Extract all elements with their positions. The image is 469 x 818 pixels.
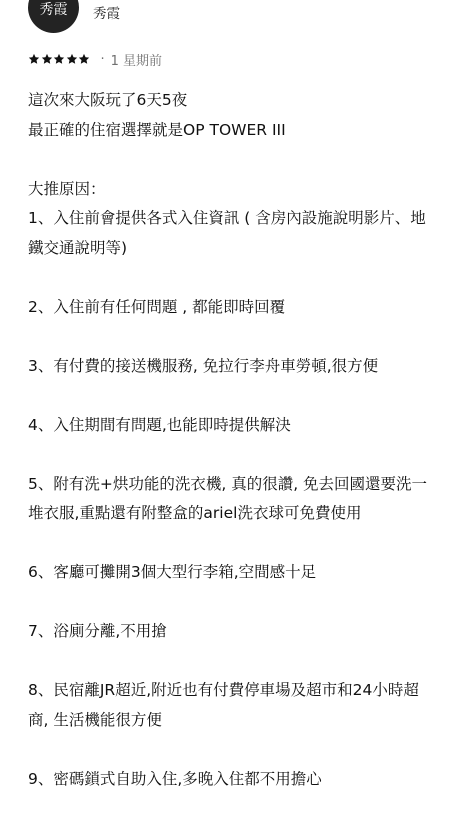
review-line [28, 440, 448, 470]
review-line: 6、客廳可攤開3個大型行李箱,空間感十足 [28, 558, 448, 588]
avatar[interactable]: 秀霞 [28, 0, 79, 33]
star-rating [28, 53, 91, 65]
review-line [28, 145, 448, 175]
star-filled-icon [66, 53, 78, 65]
star-filled-icon [53, 53, 65, 65]
review-line: 商, 生活機能很方便 [28, 706, 448, 736]
review-line: 最正確的住宿選擇就是OP TOWER III [28, 116, 448, 146]
review-line: 2、入住前有任何問題 , 都能即時回覆 [28, 293, 448, 323]
review-line [28, 381, 448, 411]
avatar-text: 秀霞 [40, 0, 68, 19]
review-line [28, 735, 448, 765]
review-text: 這次來大阪玩了6天5夜 最正確的住宿選擇就是OP TOWER III 大推原因：… [28, 86, 448, 794]
review-line: 9、密碼鎖式自助入住,多晚入住都不用擔心 [28, 765, 448, 795]
review-line [28, 263, 448, 293]
review-line [28, 322, 448, 352]
rating-row: · 1 星期前 [28, 50, 162, 68]
review-line: 大推原因： [28, 175, 448, 205]
star-filled-icon [41, 53, 53, 65]
review-line: 7、浴廁分離,不用搶 [28, 617, 448, 647]
star-filled-icon [78, 53, 90, 65]
separator-dot: · [101, 52, 105, 67]
review-line: 4、入住期間有問題,也能即時提供解決 [28, 411, 448, 441]
review-line [28, 529, 448, 559]
review-line: 1、入住前會提供各式入住資訊 ( 含房內設施說明影片、地 [28, 204, 448, 234]
review-line: 5、附有洗+烘功能的洗衣機, 真的很讚, 免去回國還要洗一 [28, 470, 448, 500]
review-line: 8、民宿離JR超近,附近也有付費停車場及超市和24小時超 [28, 676, 448, 706]
review-header: 秀霞 秀霞 [0, 0, 469, 40]
review-line: 鐵交通說明等) [28, 234, 448, 264]
review-line: 這次來大阪玩了6天5夜 [28, 86, 448, 116]
review-timestamp: 1 星期前 [111, 50, 162, 69]
star-filled-icon [28, 53, 40, 65]
review-line [28, 647, 448, 677]
review-line [28, 588, 448, 618]
review-line: 堆衣服,重點還有附整盒的ariel洗衣球可免費使用 [28, 499, 448, 529]
author-name[interactable]: 秀霞 [93, 2, 120, 22]
review-line: 3、有付費的接送機服務, 免拉行李舟車勞頓,很方便 [28, 352, 448, 382]
